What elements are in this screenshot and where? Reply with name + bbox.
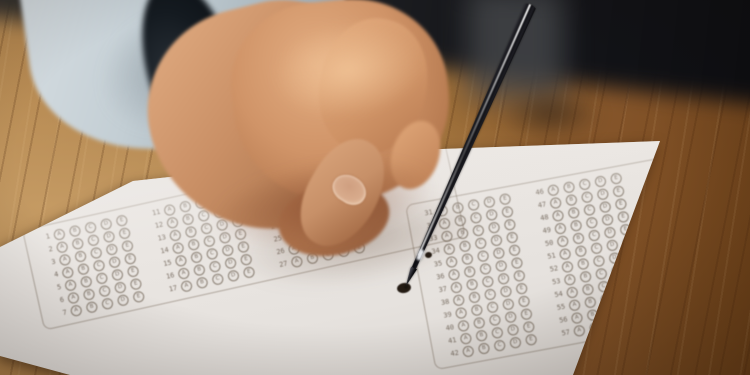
- answer-bubble: E: [624, 249, 637, 262]
- answer-bubble: E: [626, 262, 639, 275]
- answer-bubble: E: [634, 300, 647, 313]
- answer-bubble: D: [620, 316, 633, 329]
- answer-bubble: C: [602, 306, 615, 319]
- answer-bubble: D: [615, 290, 628, 303]
- answer-bubble: D: [618, 303, 631, 316]
- pen-silver-band: [416, 249, 425, 261]
- pen-ballpoint: [404, 285, 408, 289]
- photo-scene: 1ABCDE11ABCDE21ABCDE2ABCDE12ABCDE22ABCDE…: [0, 0, 750, 375]
- answer-bubble: D: [613, 277, 626, 290]
- answer-bubble: C: [604, 319, 617, 332]
- answer-bubble: E: [629, 274, 642, 287]
- answer-bubble: E: [636, 313, 649, 326]
- answer-bubble: E: [631, 287, 644, 300]
